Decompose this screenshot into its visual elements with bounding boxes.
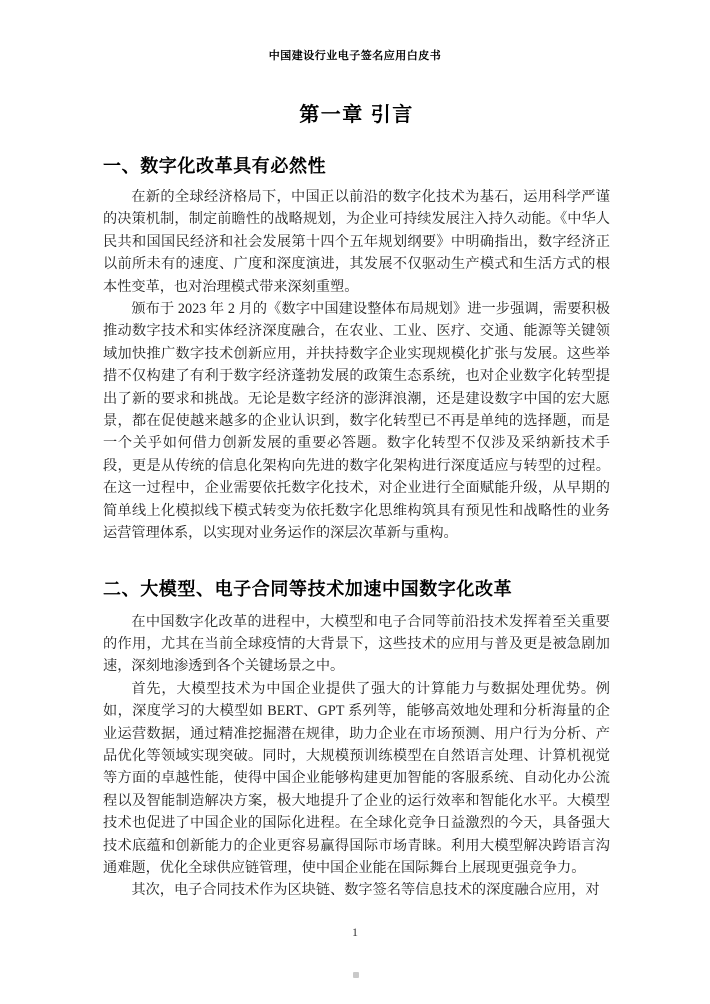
section-2-paragraph-2: 首先，大模型技术为中国企业提供了强大的计算能力与数据处理优势。例如，深度学习的大… <box>103 678 610 880</box>
section-1-paragraph-2: 颁布于 2023 年 2 月的《数字中国建设整体布局规划》进一步强调，需要积极推… <box>103 298 610 544</box>
section-2-heading: 二、大模型、电子合同等技术加速中国数字化改革 <box>103 578 610 601</box>
section-1-paragraph-1: 在新的全球经济格局下，中国正以前沿的数字化技术为基石，运用科学严谨的决策机制，制… <box>103 186 610 298</box>
document-page: 中国建设行业电子签名应用白皮书 第一章 引言 一、数字化改革具有必然性 在新的全… <box>0 0 710 1004</box>
section-2-paragraph-3: 其次，电子合同技术作为区块链、数字签名等信息技术的深度融合应用，对 <box>103 879 610 901</box>
page-indicator-dot <box>353 972 359 978</box>
section-1-heading: 一、数字化改革具有必然性 <box>103 155 610 178</box>
page-number: 1 <box>0 925 710 940</box>
document-header: 中国建设行业电子签名应用白皮书 <box>0 0 710 63</box>
chapter-title: 第一章 引言 <box>103 102 610 129</box>
document-content: 第一章 引言 一、数字化改革具有必然性 在新的全球经济格局下，中国正以前沿的数字… <box>103 102 610 902</box>
section-2-paragraph-1: 在中国数字化改革的进程中，大模型和电子合同等前沿技术发挥着至关重要的作用，尤其在… <box>103 611 610 678</box>
